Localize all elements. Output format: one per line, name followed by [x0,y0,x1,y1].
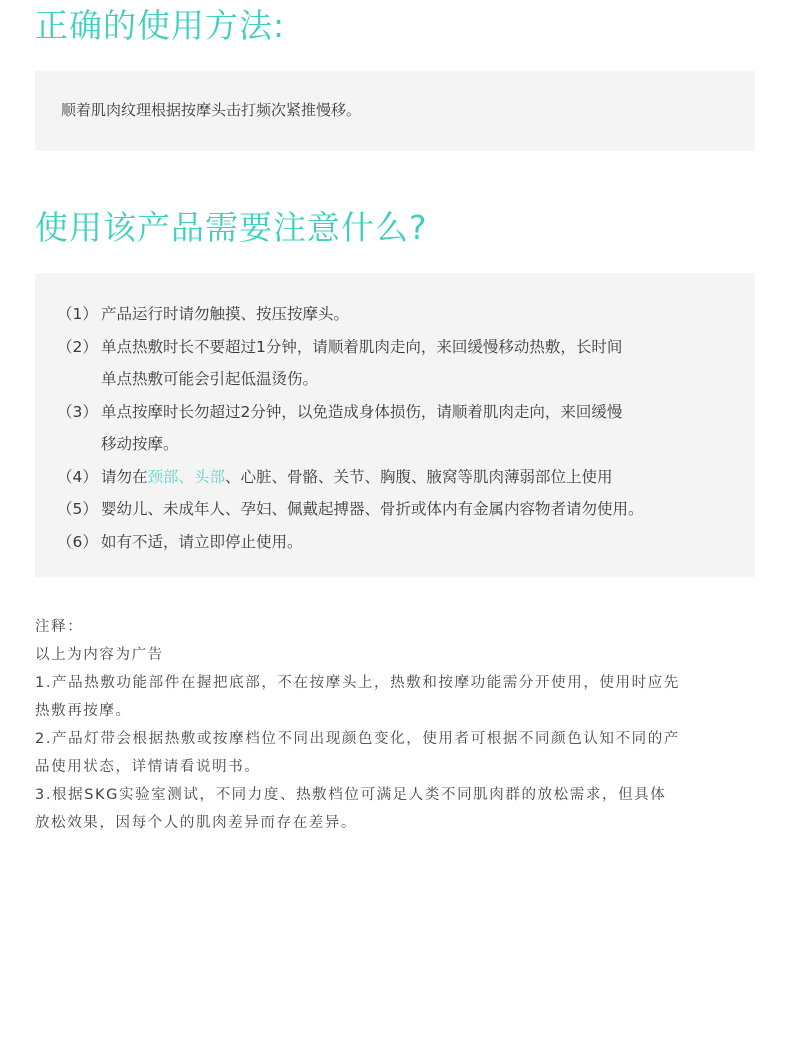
note-2-continued: 品使用状态，详情请看说明书。 [35,753,760,781]
precaution-item-3: （3） 单点按摩时长勿超过2分钟，以免造成身体损伤，请顺着肌肉走向，来回缓慢 移… [57,396,741,461]
precaution-text-continued: 移动按摩。 [101,428,741,461]
precaution-number: （6） [57,526,101,559]
note-1-continued: 热敷再按摩。 [35,697,760,725]
precaution-text: 婴幼儿、未成年人、孕妇、佩戴起搏器、骨折或体内有金属内容物者请勿使用。 [101,493,741,526]
note-3-continued: 放松效果，因每个人的肌肉差异而存在差异。 [35,809,760,837]
note-3: 3.根据SKG实验室测试，不同力度、热敷档位可满足人类不同肌肉群的放松需求，但具… [35,781,760,809]
note-2: 2.产品灯带会根据热敷或按摩档位不同出现颜色变化，使用者可根据不同颜色认知不同的… [35,725,760,753]
precautions-heading: 使用该产品需要注意什么? [35,208,428,248]
precaution-item-2: （2） 单点热敷时长不要超过1分钟，请顺着肌肉走向，来回缓慢移动热敷，长时间 单… [57,331,741,396]
note-1: 1.产品热敷功能部件在握把底部，不在按摩头上，热敷和按摩功能需分开使用，使用时应… [35,669,760,697]
notes-title: 注释： [35,613,760,641]
usage-method-heading: 正确的使用方法: [35,6,285,46]
precaution-prefix: 请勿在 [101,468,148,486]
precautions-list: （1） 产品运行时请勿触摸、按压按摩头。 （2） 单点热敷时长不要超过1分钟，请… [57,298,741,558]
precaution-text-continued: 单点热敷可能会引起低温烫伤。 [101,363,741,396]
precaution-item-5: （5） 婴幼儿、未成年人、孕妇、佩戴起搏器、骨折或体内有金属内容物者请勿使用。 [57,493,741,526]
precaution-item-4: （4） 请勿在颈部、头部、心脏、骨骼、关节、胸腹、腋窝等肌肉薄弱部位上使用 [57,461,741,494]
precaution-text: 单点热敷时长不要超过1分钟，请顺着肌肉走向，来回缓慢移动热敷，长时间 [101,331,741,364]
precaution-number: （4） [57,461,101,494]
usage-method-box: 顺着肌肉纹理根据按摩头击打频次紧推慢移。 [35,71,755,151]
usage-method-text: 顺着肌肉纹理根据按摩头击打频次紧推慢移。 [61,99,361,121]
precautions-box: （1） 产品运行时请勿触摸、按压按摩头。 （2） 单点热敷时长不要超过1分钟，请… [35,273,755,577]
precaution-item-6: （6） 如有不适，请立即停止使用。 [57,526,741,559]
precaution-number: （5） [57,493,101,526]
precaution-item-1: （1） 产品运行时请勿触摸、按压按摩头。 [57,298,741,331]
notes-ad-disclaimer: 以上为内容为广告 [35,641,760,669]
precaution-number: （3） [57,396,101,461]
precaution-number: （1） [57,298,101,331]
highlighted-body-parts: 颈部、头部 [148,468,226,486]
precaution-suffix: 、心脏、骨骼、关节、胸腹、腋窝等肌肉薄弱部位上使用 [225,468,613,486]
precaution-text: 请勿在颈部、头部、心脏、骨骼、关节、胸腹、腋窝等肌肉薄弱部位上使用 [101,461,741,494]
notes-section: 注释： 以上为内容为广告 1.产品热敷功能部件在握把底部，不在按摩头上，热敷和按… [35,613,760,837]
precaution-text: 单点按摩时长勿超过2分钟，以免造成身体损伤，请顺着肌肉走向，来回缓慢 [101,396,741,429]
precaution-text: 如有不适，请立即停止使用。 [101,526,741,559]
precaution-text: 产品运行时请勿触摸、按压按摩头。 [101,298,741,331]
precaution-number: （2） [57,331,101,396]
